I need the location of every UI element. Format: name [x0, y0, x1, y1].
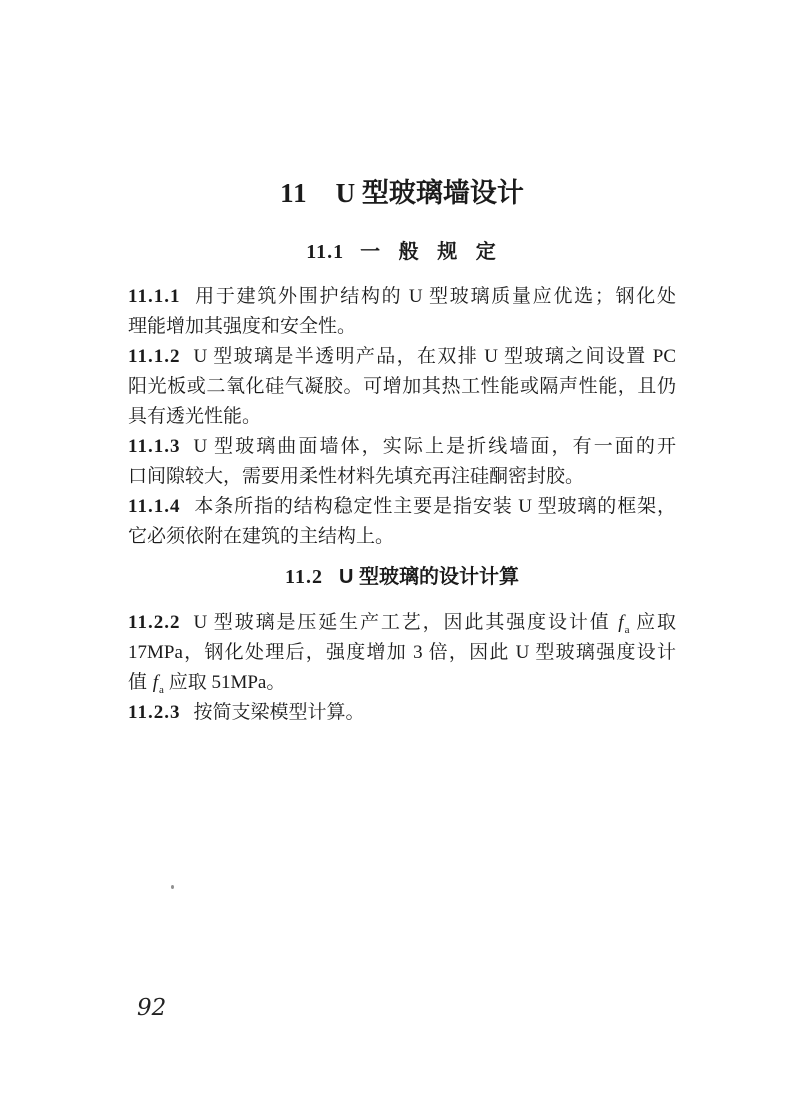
clause-line: 阳光板或二氧化硅气凝胶。可增加其热工性能或隔声性能，且仍 [128, 372, 676, 402]
clause-text: 阳光板或二氧化硅气凝胶。可增加其热工性能或隔声性能，且仍 [128, 376, 676, 397]
section-number: 11.2 [285, 566, 323, 588]
document-page: 11U 型玻璃墙设计 11.1一 般 规 定 11.1.1用于建筑外围护结构的 … [0, 0, 800, 1120]
section-heading-11-1: 11.1一 般 规 定 [128, 239, 676, 265]
clause-number: 11.1.2 [128, 346, 180, 367]
clause-text: 值 [128, 672, 152, 693]
chapter-heading: 11U 型玻璃墙设计 [128, 178, 676, 208]
clause-line: 11.2.3按简支梁模型计算。 [128, 698, 676, 728]
clause-line: 理能增加其强度和安全性。 [128, 312, 676, 342]
clause-number: 11.2.2 [128, 612, 180, 633]
clause-text: U 型玻璃曲面墙体，实际上是折线墙面，有一面的开 [193, 436, 676, 457]
section-number: 11.1 [306, 241, 344, 263]
clause-text: U 型玻璃是压延生产工艺，因此其强度设计值 [193, 612, 617, 633]
clause-line: 17MPa，钢化处理后，强度增加 3 倍，因此 U 型玻璃强度设计 [128, 638, 676, 668]
clause-line: 口间隙较大，需要用柔性材料先填充再注硅酮密封胶。 [128, 462, 676, 492]
clause-text: 本条所指的结构稳定性主要是指安装 U 型玻璃的框架， [193, 496, 676, 517]
clause-number: 11.1.4 [128, 496, 180, 517]
section-11-1-body: 11.1.1用于建筑外围护结构的 U 型玻璃质量应优选；钢化处 理能增加其强度和… [128, 282, 676, 552]
clause-line: 11.2.2U 型玻璃是压延生产工艺，因此其强度设计值 fa 应取 [128, 608, 676, 638]
clause-text: 用于建筑外围护结构的 U 型玻璃质量应优选；钢化处 [193, 286, 676, 307]
clause-line: 值 fa 应取 51MPa。 [128, 668, 676, 698]
section-title-text: 一 般 规 定 [360, 241, 498, 263]
chapter-title-text: U 型玻璃墙设计 [336, 178, 524, 208]
scan-artifact-dot [171, 885, 174, 889]
clause-text: 应取 [629, 612, 676, 633]
clause-number: 11.1.1 [128, 286, 180, 307]
clause-line: 具有透光性能。 [128, 402, 676, 432]
page-number: 92 [137, 995, 166, 1021]
clause-number: 11.2.3 [128, 702, 180, 723]
clause-text: 理能增加其强度和安全性。 [128, 316, 356, 337]
clause-line: 它必须依附在建筑的主结构上。 [128, 522, 676, 552]
strength-design-symbol: f [617, 612, 624, 633]
section-heading-11-2: 11.2U 型玻璃的设计计算 [128, 564, 676, 590]
clause-text: 应取 51MPa。 [164, 672, 285, 693]
clause-line: 11.1.3U 型玻璃曲面墙体，实际上是折线墙面，有一面的开 [128, 432, 676, 462]
clause-line: 11.1.1用于建筑外围护结构的 U 型玻璃质量应优选；钢化处 [128, 282, 676, 312]
clause-line: 11.1.4本条所指的结构稳定性主要是指安装 U 型玻璃的框架， [128, 492, 676, 522]
section-11-2-body: 11.2.2U 型玻璃是压延生产工艺，因此其强度设计值 fa 应取 17MPa，… [128, 608, 676, 728]
chapter-number: 11 [280, 178, 308, 208]
clause-text: 它必须依附在建筑的主结构上。 [128, 526, 394, 547]
clause-number: 11.1.3 [128, 436, 180, 457]
clause-line: 11.1.2U 型玻璃是半透明产品，在双排 U 型玻璃之间设置 PC [128, 342, 676, 372]
section-title-text: U 型玻璃的设计计算 [339, 566, 519, 588]
text-column: 11U 型玻璃墙设计 11.1一 般 规 定 11.1.1用于建筑外围护结构的 … [128, 0, 676, 728]
clause-text: U 型玻璃是半透明产品，在双排 U 型玻璃之间设置 PC [193, 346, 676, 367]
clause-text: 具有透光性能。 [128, 406, 261, 427]
clause-text: 按简支梁模型计算。 [193, 702, 364, 723]
clause-text: 口间隙较大，需要用柔性材料先填充再注硅酮密封胶。 [128, 466, 584, 487]
clause-text: 17MPa，钢化处理后，强度增加 3 倍，因此 U 型玻璃强度设计 [128, 642, 676, 663]
strength-design-symbol: f [152, 672, 159, 693]
